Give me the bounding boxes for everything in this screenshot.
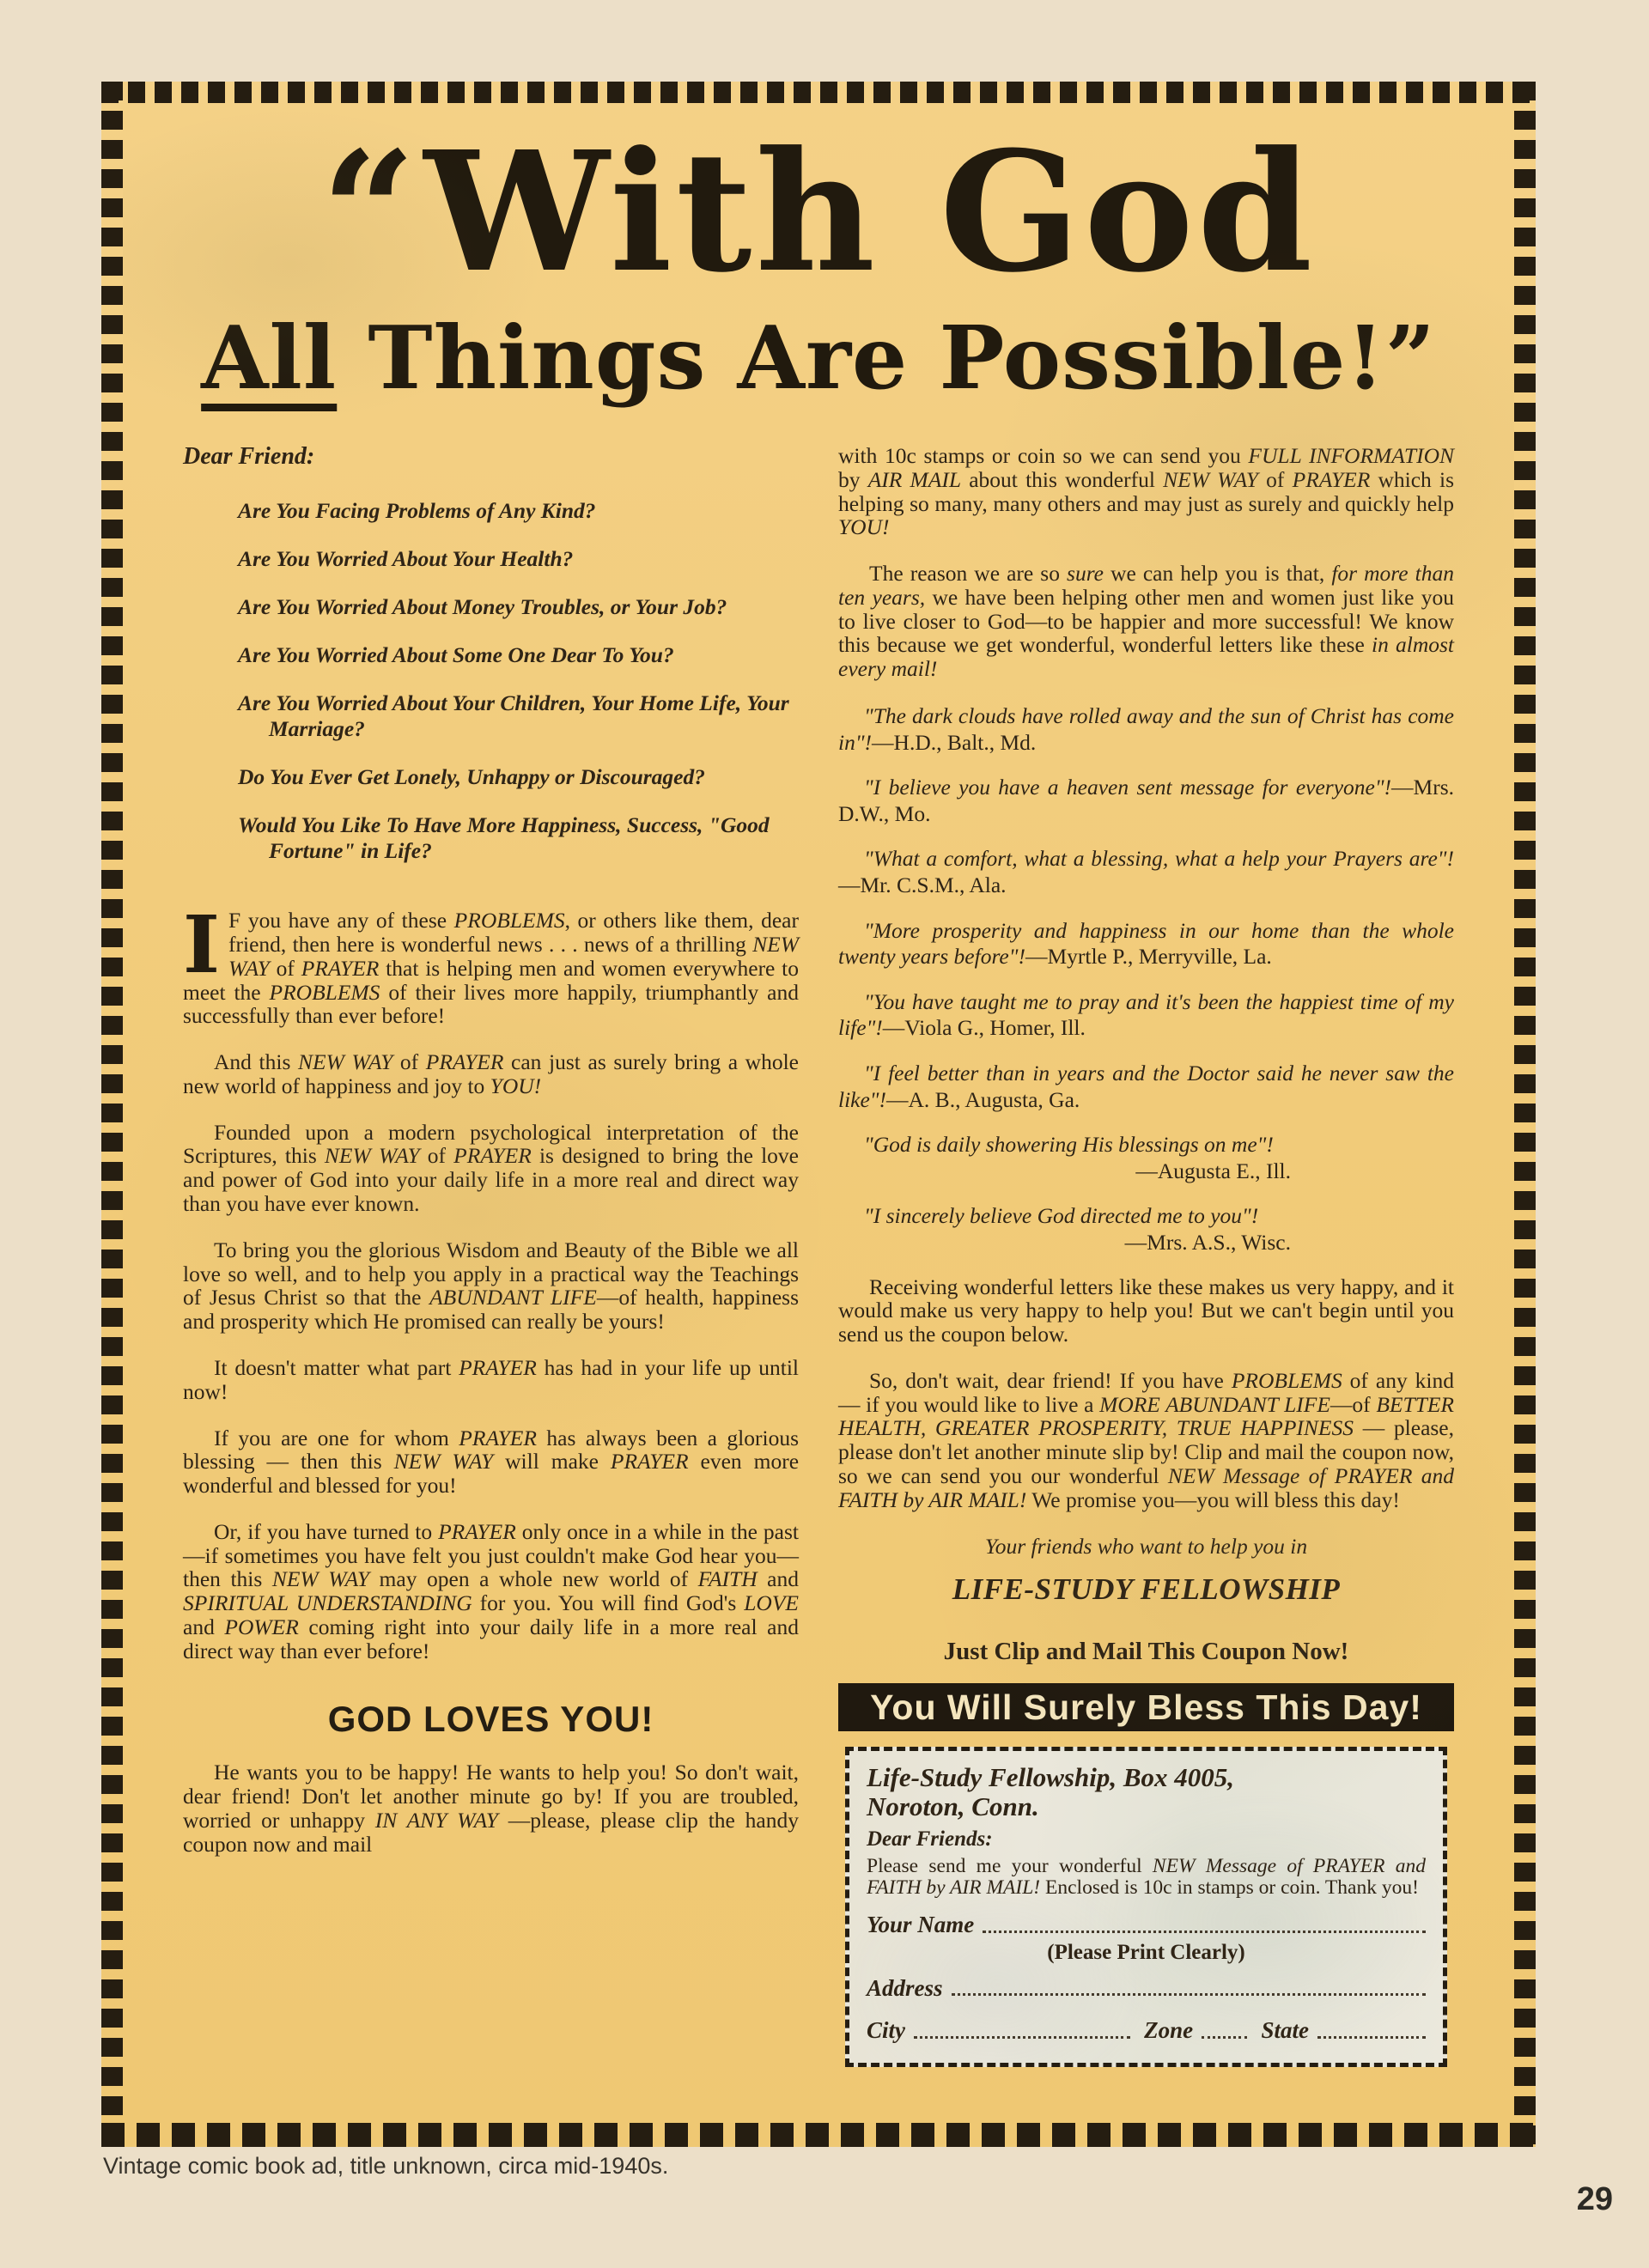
drop-cap: I — [183, 914, 220, 976]
coupon-salutation: Dear Friends: — [867, 1827, 1426, 1851]
testimonial-attribution: —Mr. C.S.M., Ala. — [838, 873, 1007, 897]
question: Are You Facing Problems of Any Kind? — [183, 498, 799, 524]
paragraph: It doesn't matter what part PRAYER has h… — [183, 1356, 799, 1404]
city-label: City — [867, 2018, 905, 2043]
question: Are You Worried About Some One Dear To Y… — [183, 642, 799, 668]
two-column-body: Dear Friend: Are You Facing Problems of … — [123, 444, 1514, 2067]
name-label: Your Name — [867, 1912, 974, 1937]
testimonial-attribution: —Mrs. A.S., Wisc. — [838, 1230, 1454, 1256]
city-field-row: City Zone State — [867, 2018, 1426, 2043]
paragraph: If you are one for whom PRAYER has alway… — [183, 1426, 799, 1498]
testimonial: "I believe you have a heaven sent messag… — [838, 775, 1454, 827]
coupon-request-text: Please send me your wonderful NEW Messag… — [867, 1856, 1426, 1900]
advertisement: “With God All Things Are Possible!” Dear… — [101, 82, 1536, 2147]
testimonial-attribution: —Augusta E., Ill. — [838, 1158, 1454, 1185]
page-background: “With God All Things Are Possible!” Dear… — [0, 0, 1649, 2268]
coupon-address-line2: Noroton, Conn. — [867, 1791, 1039, 1821]
zone-write-line — [1202, 2035, 1247, 2039]
closing-paragraph: He wants you to be happy! He wants to he… — [183, 1760, 799, 1856]
paragraph: And this NEW WAY of PRAYER can just as s… — [183, 1050, 799, 1098]
salutation: Dear Friend: — [183, 444, 799, 471]
border-left — [101, 82, 123, 2147]
testimonial: "I sincerely believe God directed me to … — [838, 1203, 1454, 1256]
coupon: Life-Study Fellowship, Box 4005,Noroton,… — [845, 1747, 1447, 2067]
fellowship-name: LIFE-STUDY FELLOWSHIP — [838, 1573, 1454, 1606]
city-write-line — [914, 2035, 1130, 2039]
ad-content: “With God All Things Are Possible!” Dear… — [123, 103, 1514, 2125]
god-loves-you-heading: GOD LOVES YOU! — [183, 1699, 799, 1739]
question: Are You Worried About Your Children, You… — [183, 690, 799, 742]
ad-caption: Vintage comic book ad, title unknown, ci… — [103, 2153, 668, 2180]
testimonial-attribution: —A. B., Augusta, Ga. — [886, 1087, 1080, 1112]
testimonial-attribution: —Viola G., Homer, Ill. — [883, 1015, 1086, 1040]
testimonial: "I feel better than in years and the Doc… — [838, 1061, 1454, 1113]
zone-label: Zone — [1144, 2018, 1193, 2043]
address-write-line — [952, 1992, 1426, 1996]
name-field-row: Your Name — [867, 1912, 1426, 1937]
testimonial: "What a comfort, what a blessing, what a… — [838, 846, 1454, 898]
paragraph: Or, if you have turned to PRAYER only on… — [183, 1520, 799, 1663]
clip-instruction: Just Clip and Mail This Coupon Now! — [838, 1639, 1454, 1666]
testimonial: "God is daily showering His blessings on… — [838, 1132, 1454, 1184]
bless-banner: You Will Surely Bless This Day! — [838, 1683, 1454, 1731]
friends-closing-line: Your friends who want to help you in — [838, 1535, 1454, 1559]
paragraph: To bring you the glorious Wisdom and Bea… — [183, 1238, 799, 1334]
question: Do You Ever Get Lonely, Unhappy or Disco… — [183, 764, 799, 790]
testimonial-attribution: —Myrtle P., Merryville, La. — [1025, 944, 1272, 969]
testimonial: "The dark clouds have rolled away and th… — [838, 703, 1454, 756]
question: Are You Worried About Your Health? — [183, 546, 799, 572]
question-list: Are You Facing Problems of Any Kind? Are… — [183, 498, 799, 865]
right-column: with 10c stamps or coin so we can send y… — [838, 444, 1454, 2067]
testimonial-attribution: —H.D., Balt., Md. — [872, 730, 1036, 755]
question: Would You Like To Have More Happiness, S… — [183, 812, 799, 864]
address-label: Address — [867, 1976, 943, 2001]
state-label: State — [1261, 2018, 1309, 2043]
border-right — [1514, 82, 1536, 2147]
underlined-word: All — [201, 307, 337, 409]
lead-paragraph: IF you have any of these PROBLEMS, or ot… — [183, 909, 799, 1028]
paragraph: with 10c stamps or coin so we can send y… — [838, 444, 1454, 539]
testimonial-quote: "What a comfort, what a blessing, what a… — [864, 846, 1454, 871]
headline-line2: All Things Are Possible!” — [123, 314, 1514, 401]
state-write-line — [1317, 2035, 1426, 2039]
coupon-address-line1: Life-Study Fellowship, Box 4005, — [867, 1762, 1234, 1792]
paragraph: Founded upon a modern psychological inte… — [183, 1121, 799, 1216]
paragraph: The reason we are so sure we can help yo… — [838, 562, 1454, 681]
paragraph: Receiving wonderful letters like these m… — [838, 1275, 1454, 1347]
paragraph: So, don't wait, dear friend! If you have… — [838, 1369, 1454, 1512]
testimonial-quote: "God is daily showering His blessings on… — [864, 1132, 1274, 1157]
headline-line1: “With God — [123, 131, 1514, 295]
question: Are You Worried About Money Troubles, or… — [183, 594, 799, 620]
left-column: Dear Friend: Are You Facing Problems of … — [183, 444, 799, 2067]
border-top — [101, 82, 1536, 103]
border-bottom — [101, 2123, 1536, 2147]
testimonial: "You have taught me to pray and it's bee… — [838, 989, 1454, 1042]
print-clearly-note: (Please Print Clearly) — [867, 1941, 1426, 1964]
page-number: 29 — [1577, 2181, 1613, 2218]
coupon-address: Life-Study Fellowship, Box 4005,Noroton,… — [867, 1763, 1426, 1821]
address-field-row: Address — [867, 1976, 1426, 2001]
testimonial-quote: "I sincerely believe God directed me to … — [864, 1203, 1258, 1228]
name-write-line — [983, 1930, 1426, 1933]
testimonial: "More prosperity and happiness in our ho… — [838, 918, 1454, 970]
testimonial-quote: "I believe you have a heaven sent messag… — [864, 775, 1391, 800]
headline-line2-rest: Things Are Possible!” — [337, 307, 1436, 409]
lead-paragraph-text: F you have any of these PROBLEMS, or oth… — [183, 908, 799, 1028]
